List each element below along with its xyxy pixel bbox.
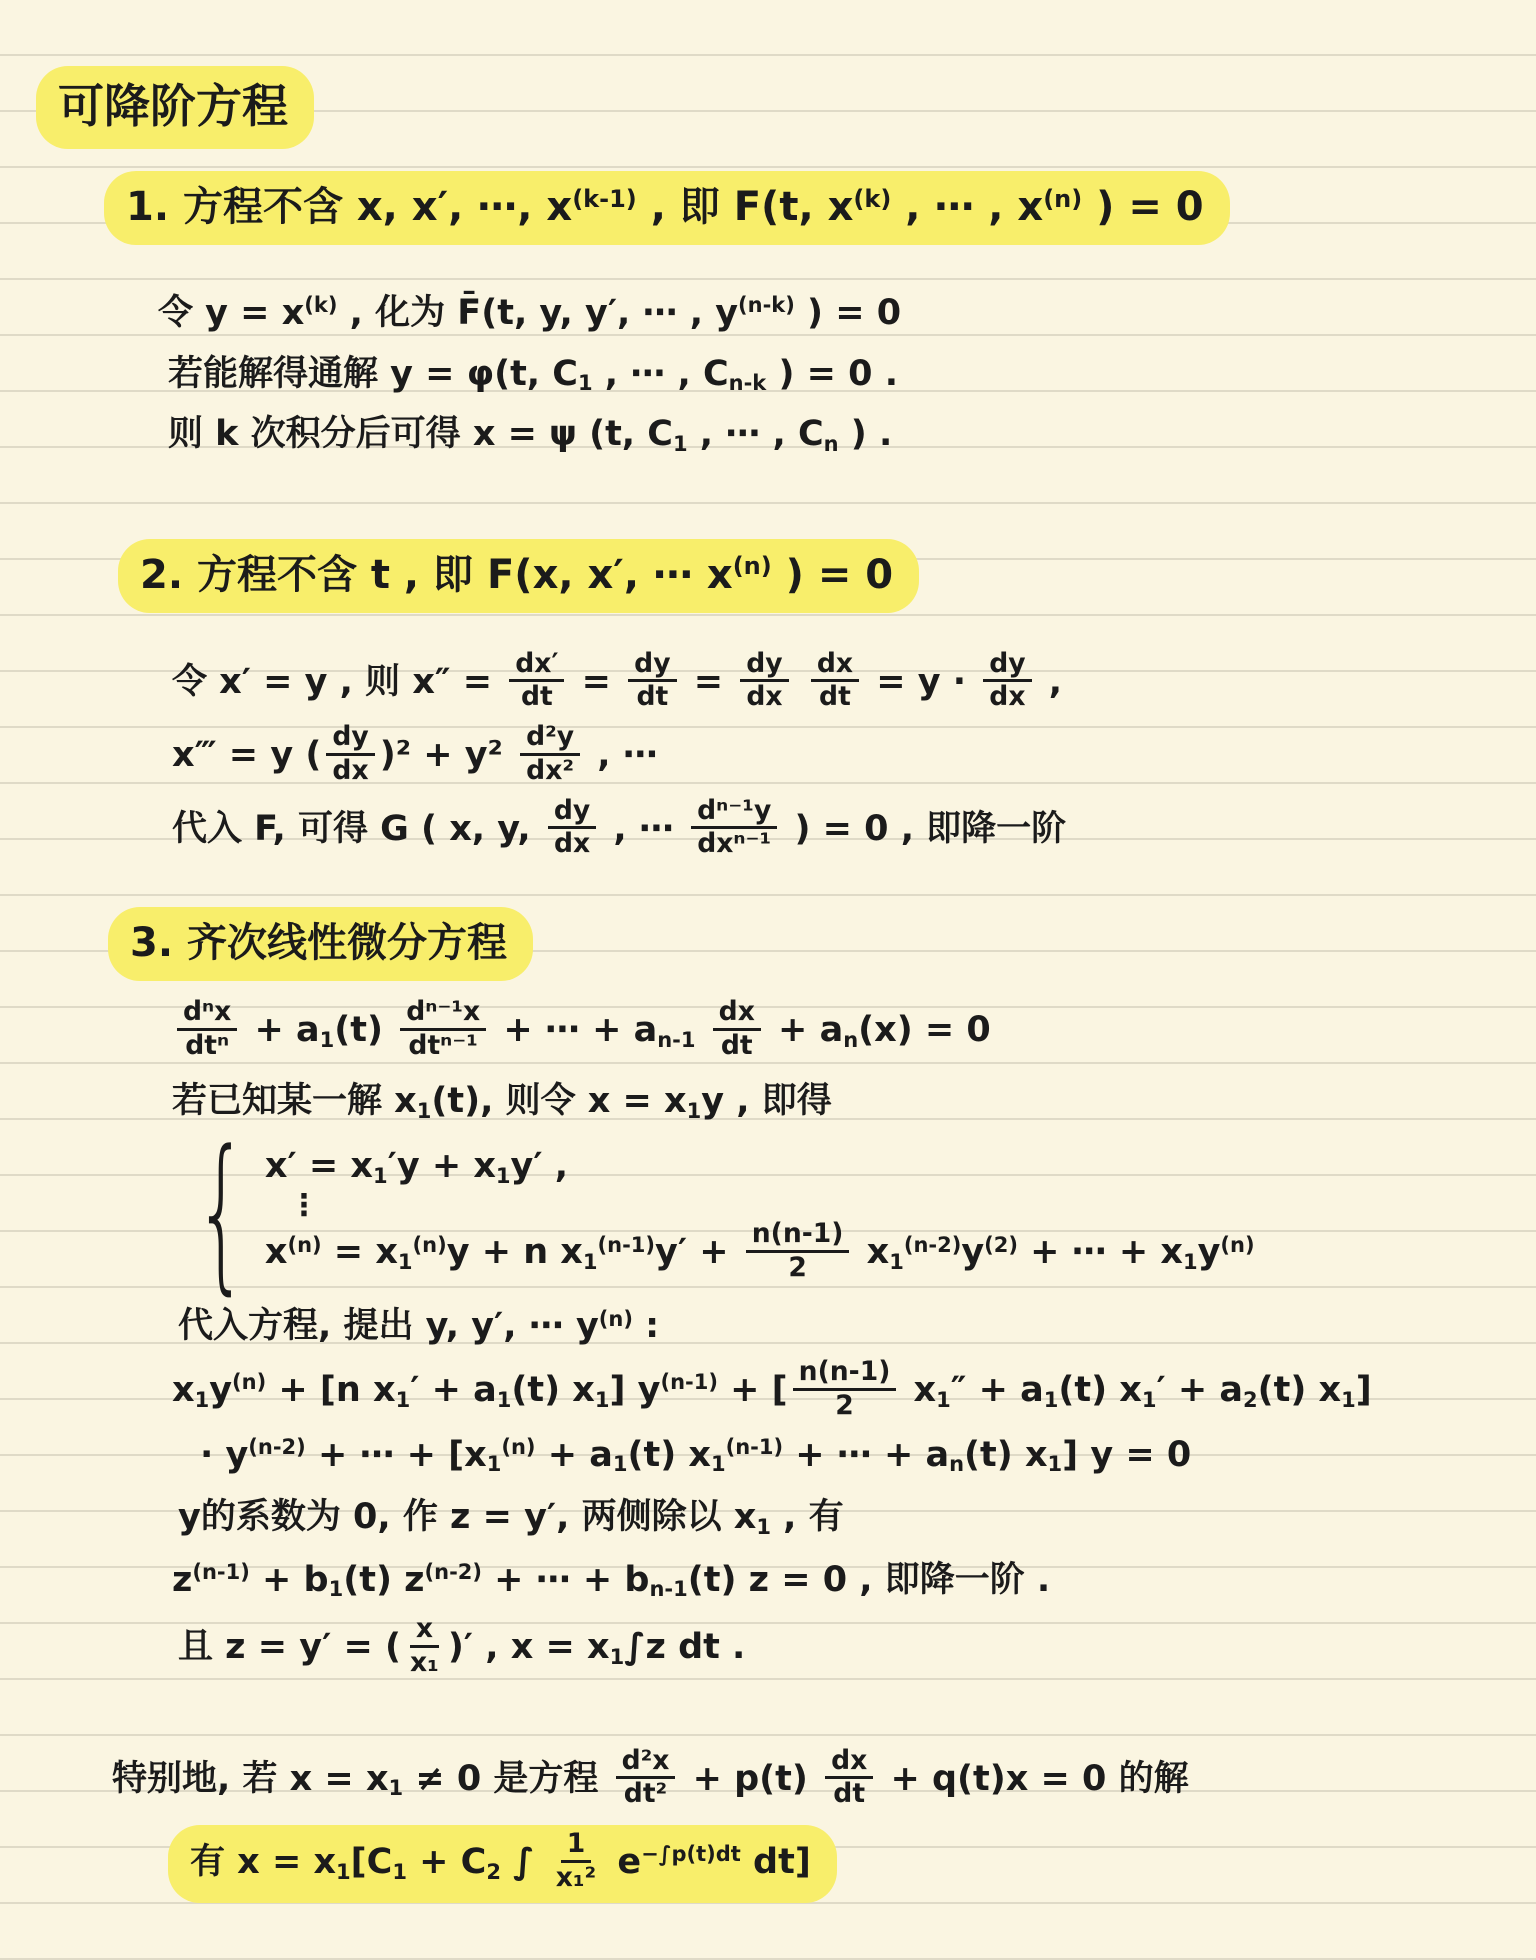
subscript: 1 bbox=[687, 1099, 702, 1123]
text-segment: z bbox=[172, 1560, 192, 1600]
fraction: xx₁ bbox=[406, 1614, 443, 1678]
text-segment: )² + y² bbox=[380, 735, 515, 775]
text-segment: ) = 0 bbox=[772, 552, 893, 598]
fraction-denominator: dt² bbox=[620, 1779, 671, 1809]
fraction-denominator: 2 bbox=[784, 1253, 811, 1283]
text-segment: ] y bbox=[609, 1370, 660, 1410]
text-segment: , ⋯ bbox=[601, 808, 686, 848]
text-segment: y bbox=[1198, 1232, 1221, 1272]
text-segment: = bbox=[682, 661, 736, 701]
text-segment: y bbox=[209, 1370, 232, 1410]
text-segment: (t) x bbox=[627, 1435, 710, 1475]
subscript: n-k bbox=[729, 371, 767, 395]
subscript: 1 bbox=[613, 1452, 628, 1476]
text-segment: y′ , bbox=[511, 1146, 569, 1186]
text-segment: 代入方程, 提出 y, y′, ⋯ y bbox=[178, 1306, 599, 1346]
fraction: dydx bbox=[740, 649, 788, 713]
superscript: (n-2) bbox=[425, 1560, 482, 1584]
text-segment: = x bbox=[322, 1232, 398, 1272]
subscript: 1 bbox=[398, 1250, 413, 1274]
fraction-numerator: x bbox=[410, 1614, 439, 1648]
text-segment: ) = 0 . bbox=[766, 354, 898, 394]
text-segment: , 化为 F̄(t, y, y′, ⋯ , y bbox=[337, 293, 738, 333]
notes-content: 可降阶方程1. 方程不含 x, x′, ⋯, x(k-1) , 即 F(t, x… bbox=[0, 66, 1512, 1903]
text-segment: + b bbox=[250, 1560, 329, 1600]
text-segment: ≠ 0 是方程 bbox=[403, 1758, 610, 1798]
subscript: 2 bbox=[486, 1860, 501, 1884]
text-segment: 令 y = x bbox=[158, 293, 304, 333]
superscript: (n) bbox=[232, 1370, 266, 1394]
fraction-denominator: dt bbox=[815, 682, 855, 712]
fraction-denominator: dt bbox=[517, 682, 557, 712]
system-row: x(n) = x1(n)y + n x1(n-1)y′ + n(n-1)2 x1… bbox=[265, 1221, 1255, 1285]
text-segment: + a bbox=[242, 1010, 319, 1050]
footer-final-formula: 有 x = x1[C1 + C2 ∫ 1x₁² e−∫p(t)dt dt] bbox=[168, 1825, 1512, 1903]
text-segment: y , 即得 bbox=[701, 1081, 831, 1121]
fraction-denominator: x₁² bbox=[552, 1863, 600, 1893]
fraction-numerator: n(n-1) bbox=[746, 1219, 850, 1253]
text-segment: + [n x bbox=[266, 1370, 395, 1410]
text-segment: 则 k 次积分后可得 x = ψ (t, C bbox=[168, 414, 673, 454]
subscript: 1 bbox=[756, 1515, 771, 1539]
text-segment: (t) z bbox=[343, 1560, 424, 1600]
superscript: (n-2) bbox=[904, 1233, 961, 1257]
text-segment bbox=[695, 1010, 707, 1050]
fraction: dxdt bbox=[825, 1746, 873, 1810]
text-segment: 2. 方程不含 t , 即 F(x, x′, ⋯ x bbox=[140, 552, 733, 598]
fraction-numerator: 1 bbox=[561, 1829, 592, 1863]
yellow-highlight: 3. 齐次线性微分方程 bbox=[108, 907, 533, 981]
fraction-numerator: dx bbox=[811, 649, 859, 683]
text-segment: (t) bbox=[334, 1010, 395, 1050]
text-segment: ) = 0 , 即降一阶 bbox=[782, 808, 1066, 848]
text-segment: ⋮ bbox=[289, 1188, 319, 1223]
fraction: n(n-1)2 bbox=[746, 1219, 850, 1283]
yellow-highlight: 2. 方程不含 t , 即 F(x, x′, ⋯ x(n) ) = 0 bbox=[118, 539, 919, 613]
fraction-numerator: dx′ bbox=[509, 649, 564, 683]
text-segment: 且 z = y′ = ( bbox=[178, 1627, 401, 1667]
fraction-denominator: dx² bbox=[522, 756, 578, 786]
text-segment: x bbox=[901, 1370, 936, 1410]
text-segment: + a bbox=[536, 1435, 613, 1475]
fraction: dⁿxdtⁿ bbox=[177, 997, 237, 1061]
sec3-line-coefficient: y的系数为 0, 作 z = y′, 两侧除以 x1 , 有 bbox=[178, 1491, 1512, 1544]
fraction-numerator: dy bbox=[326, 722, 374, 756]
sec1-line-integrate: 则 k 次积分后可得 x = ψ (t, C1 , ⋯ , Cn ) . bbox=[168, 408, 1512, 461]
text-segment: 3. 齐次线性微分方程 bbox=[130, 920, 507, 966]
superscript: (k-1) bbox=[572, 185, 637, 213]
text-segment: x bbox=[854, 1232, 889, 1272]
text-segment: 代入 F, 可得 G ( x, y, bbox=[172, 808, 543, 848]
text-segment: + q(t)x = 0 的解 bbox=[878, 1758, 1188, 1798]
text-segment: 可降阶方程 bbox=[58, 79, 288, 133]
subscript: 1 bbox=[373, 1164, 388, 1188]
fraction: d²ydx² bbox=[520, 722, 580, 786]
fraction-numerator: dⁿx bbox=[177, 997, 237, 1031]
text-segment: 特别地, 若 x = x bbox=[112, 1758, 389, 1798]
subscript: 1 bbox=[1044, 1388, 1059, 1412]
fraction: dⁿ⁻¹xdtⁿ⁻¹ bbox=[400, 997, 486, 1061]
text-segment: = y · bbox=[864, 661, 978, 701]
fraction: dydt bbox=[628, 649, 676, 713]
fraction-denominator: dx bbox=[985, 682, 1029, 712]
text-segment: + ⋯ + a bbox=[491, 1010, 657, 1050]
text-segment: x′ = x bbox=[265, 1146, 373, 1186]
subscript: 1 bbox=[1048, 1452, 1063, 1476]
yellow-highlight: 有 x = x1[C1 + C2 ∫ 1x₁² e−∫p(t)dt dt] bbox=[168, 1825, 837, 1903]
subscript: 1 bbox=[711, 1452, 726, 1476]
superscript: (n-k) bbox=[738, 293, 795, 317]
text-segment: y bbox=[961, 1232, 984, 1272]
text-segment: [C bbox=[351, 1842, 393, 1882]
subscript: 1 bbox=[496, 1164, 511, 1188]
subscript: n bbox=[949, 1452, 964, 1476]
fraction-numerator: n(n-1) bbox=[793, 1357, 897, 1391]
text-segment: + p(t) bbox=[680, 1758, 820, 1798]
text-segment: + ⋯ + x bbox=[1018, 1232, 1183, 1272]
fraction: 1x₁² bbox=[552, 1829, 600, 1893]
subscript: 1 bbox=[936, 1388, 951, 1412]
text-segment: y′ + bbox=[655, 1232, 741, 1272]
subscript: 1 bbox=[417, 1099, 432, 1123]
sec2-line-substitute: 令 x′ = y , 则 x″ = dx′dt = dydt = dydx dx… bbox=[172, 651, 1512, 715]
text-segment: ′y + x bbox=[388, 1146, 496, 1186]
text-segment: , 有 bbox=[771, 1497, 844, 1537]
text-segment: : bbox=[633, 1306, 659, 1346]
fraction-denominator: dtⁿ bbox=[181, 1031, 233, 1061]
fraction: dⁿ⁻¹ydxⁿ⁻¹ bbox=[691, 796, 777, 860]
superscript: (k) bbox=[304, 293, 337, 317]
superscript: (n-1) bbox=[660, 1370, 717, 1394]
fraction-numerator: dx bbox=[825, 1746, 873, 1780]
superscript: (n-1) bbox=[192, 1560, 249, 1584]
superscript: (n-1) bbox=[598, 1233, 655, 1257]
system-row: x′ = x1′y + x1y′ , bbox=[265, 1141, 1255, 1192]
text-segment: ″ + a bbox=[951, 1370, 1044, 1410]
text-segment: · y bbox=[200, 1435, 248, 1475]
subscript: 1 bbox=[583, 1250, 598, 1274]
sec2-line-third-derivative: x‴ = y (dydx)² + y² d²ydx² , ⋯ bbox=[172, 724, 1512, 788]
fraction-numerator: dy bbox=[983, 649, 1031, 683]
text-segment: ′ + a bbox=[1156, 1370, 1243, 1410]
text-segment: , ⋯ bbox=[585, 735, 658, 775]
text-segment: + ⋯ + [x bbox=[306, 1435, 487, 1475]
subscript: 1 bbox=[336, 1860, 351, 1884]
text-segment: + a bbox=[766, 1010, 843, 1050]
fraction-denominator: 2 bbox=[831, 1391, 858, 1421]
section-1-heading: 1. 方程不含 x, x′, ⋯, x(k-1) , 即 F(t, x(k) ,… bbox=[104, 171, 1512, 245]
sec3-system: {x′ = x1′y + x1y′ ,⋮x(n) = x1(n)y + n x1… bbox=[168, 1137, 1255, 1288]
fraction-denominator: dt bbox=[829, 1779, 869, 1809]
system-row: ⋮ bbox=[265, 1191, 1255, 1221]
text-segment: + ⋯ + b bbox=[482, 1560, 649, 1600]
page-title: 可降阶方程 bbox=[36, 66, 1512, 149]
subscript: 1 bbox=[195, 1388, 210, 1412]
fraction-numerator: dy bbox=[628, 649, 676, 683]
text-segment: (t) x bbox=[1058, 1370, 1141, 1410]
fraction-denominator: x₁ bbox=[406, 1648, 443, 1678]
fraction-numerator: dx bbox=[713, 997, 761, 1031]
subscript: 1 bbox=[320, 1028, 335, 1052]
subscript: n bbox=[843, 1028, 858, 1052]
fraction-denominator: dx bbox=[742, 682, 786, 712]
superscript: (k) bbox=[853, 185, 891, 213]
subscript: 1 bbox=[578, 371, 593, 395]
fraction: dxdt bbox=[713, 997, 761, 1061]
subscript: 1 bbox=[1142, 1388, 1157, 1412]
text-segment: 令 x′ = y , 则 x″ = bbox=[172, 661, 504, 701]
text-segment: 若能解得通解 y = φ(t, C bbox=[168, 354, 578, 394]
text-segment: (t), 则令 x = x bbox=[431, 1081, 686, 1121]
sec3-line-substitute-back: 代入方程, 提出 y, y′, ⋯ y(n) : bbox=[178, 1300, 1512, 1353]
system-brace: { bbox=[195, 1137, 248, 1288]
sec3-line-z-definition: 且 z = y′ = (xx₁)′ , x = x1∫z dt . bbox=[178, 1616, 1512, 1680]
superscript: (2) bbox=[984, 1233, 1018, 1257]
fraction-numerator: dⁿ⁻¹x bbox=[400, 997, 486, 1031]
text-segment: , bbox=[1037, 661, 1062, 701]
subscript: 1 bbox=[497, 1388, 512, 1412]
footer-special-case: 特别地, 若 x = x1 ≠ 0 是方程 d²xdt² + p(t) dxdt… bbox=[112, 1748, 1512, 1812]
text-segment: dt] bbox=[741, 1842, 811, 1882]
text-segment: (t) x bbox=[1258, 1370, 1341, 1410]
text-segment: (t) z = 0 , 即降一阶 . bbox=[688, 1560, 1050, 1600]
sec1-line-substitute: 令 y = x(k) , 化为 F̄(t, y, y′, ⋯ , y(n-k) … bbox=[158, 287, 1512, 340]
text-segment: ) = 0 bbox=[795, 293, 901, 333]
text-segment: ∫ bbox=[501, 1842, 547, 1882]
text-segment: y + n x bbox=[447, 1232, 583, 1272]
text-segment: + C bbox=[407, 1842, 486, 1882]
superscript: (n) bbox=[501, 1435, 535, 1459]
fraction-numerator: dⁿ⁻¹y bbox=[691, 796, 777, 830]
fraction-denominator: dx bbox=[550, 829, 594, 859]
text-segment: + ⋯ + a bbox=[783, 1435, 949, 1475]
fraction-denominator: dx bbox=[328, 756, 372, 786]
text-segment: , ⋯ , C bbox=[593, 354, 729, 394]
text-segment: y的系数为 0, 作 z = y′, 两侧除以 x bbox=[178, 1497, 756, 1537]
sec3-line-expanded-2: · y(n-2) + ⋯ + [x1(n) + a1(t) x1(n-1) + … bbox=[200, 1429, 1512, 1482]
sec3-line-equation: dⁿxdtⁿ + a1(t) dⁿ⁻¹xdtⁿ⁻¹ + ⋯ + an-1 dxd… bbox=[172, 999, 1512, 1063]
section-3-heading: 3. 齐次线性微分方程 bbox=[108, 907, 1512, 981]
subscript: 1 bbox=[673, 432, 688, 456]
fraction-numerator: dy bbox=[740, 649, 788, 683]
fraction-numerator: dy bbox=[548, 796, 596, 830]
fraction: dydx bbox=[548, 796, 596, 860]
superscript: (n) bbox=[1220, 1233, 1254, 1257]
subscript: 1 bbox=[1183, 1250, 1198, 1274]
text-segment: ) . bbox=[839, 414, 893, 454]
fraction: n(n-1)2 bbox=[793, 1357, 897, 1421]
fraction: dydx bbox=[326, 722, 374, 786]
subscript: 1 bbox=[396, 1388, 411, 1412]
subscript: 1 bbox=[487, 1452, 502, 1476]
superscript: (n-1) bbox=[726, 1435, 783, 1459]
subscript: n bbox=[824, 432, 839, 456]
text-segment: ) = 0 bbox=[1082, 184, 1203, 230]
text-segment: )′ , x = x bbox=[448, 1627, 610, 1667]
system-equations: x′ = x1′y + x1y′ ,⋮x(n) = x1(n)y + n x1(… bbox=[265, 1141, 1255, 1285]
superscript: (n-2) bbox=[248, 1435, 305, 1459]
fraction-denominator: dtⁿ⁻¹ bbox=[404, 1031, 482, 1061]
sec1-line-general-solution: 若能解得通解 y = φ(t, C1 , ⋯ , Cn-k ) = 0 . bbox=[168, 348, 1512, 401]
yellow-highlight: 1. 方程不含 x, x′, ⋯, x(k-1) , 即 F(t, x(k) ,… bbox=[104, 171, 1230, 245]
fraction-denominator: dt bbox=[632, 682, 672, 712]
superscript: (n) bbox=[413, 1233, 447, 1257]
text-segment: 有 x = x bbox=[190, 1842, 336, 1882]
superscript: −∫p(t)dt bbox=[641, 1842, 741, 1866]
subscript: 1 bbox=[329, 1577, 344, 1601]
text-segment: ′ + a bbox=[410, 1370, 497, 1410]
fraction-denominator: dxⁿ⁻¹ bbox=[693, 829, 775, 859]
text-segment: , ⋯ , C bbox=[688, 414, 824, 454]
subscript: 2 bbox=[1243, 1388, 1258, 1412]
text-segment: ∫z dt . bbox=[624, 1627, 745, 1667]
fraction-numerator: d²x bbox=[616, 1746, 676, 1780]
subscript: 1 bbox=[889, 1250, 904, 1274]
fraction-denominator: dt bbox=[717, 1031, 757, 1061]
sec3-line-expanded-1: x1y(n) + [n x1′ + a1(t) x1] y(n-1) + [n(… bbox=[172, 1359, 1512, 1423]
subscript: 1 bbox=[392, 1860, 407, 1884]
text-segment: (t) x bbox=[511, 1370, 594, 1410]
fraction: dxdt bbox=[811, 649, 859, 713]
text-segment: (x) = 0 bbox=[858, 1010, 991, 1050]
superscript: (n) bbox=[599, 1307, 633, 1331]
text-segment: x‴ = y ( bbox=[172, 735, 321, 775]
subscript: 1 bbox=[610, 1645, 625, 1669]
subscript: 1 bbox=[389, 1776, 404, 1800]
sec3-line-z-equation: z(n-1) + b1(t) z(n-2) + ⋯ + bn-1(t) z = … bbox=[172, 1554, 1512, 1607]
fraction-numerator: d²y bbox=[520, 722, 580, 756]
fraction: d²xdt² bbox=[616, 1746, 676, 1810]
text-segment: , ⋯ , x bbox=[891, 184, 1043, 230]
sec3-line-known-solution: 若已知某一解 x1(t), 则令 x = x1y , 即得 bbox=[172, 1075, 1512, 1128]
text-segment: ] bbox=[1356, 1370, 1372, 1410]
text-segment: = bbox=[569, 661, 623, 701]
yellow-highlight: 可降阶方程 bbox=[36, 66, 314, 149]
text-segment: (t) x bbox=[964, 1435, 1047, 1475]
superscript: (n) bbox=[733, 552, 772, 580]
subscript: 1 bbox=[1341, 1388, 1356, 1412]
section-2-heading: 2. 方程不含 t , 即 F(x, x′, ⋯ x(n) ) = 0 bbox=[118, 539, 1512, 613]
text-segment: , 即 F(t, x bbox=[637, 184, 854, 230]
text-segment: 1. 方程不含 x, x′, ⋯, x bbox=[126, 184, 572, 230]
subscript: n-1 bbox=[657, 1028, 695, 1052]
notebook-page: 可降阶方程1. 方程不含 x, x′, ⋯, x(k-1) , 即 F(t, x… bbox=[0, 0, 1536, 1960]
subscript: n-1 bbox=[649, 1577, 687, 1601]
text-segment: x bbox=[172, 1370, 195, 1410]
text-segment: e bbox=[605, 1842, 641, 1882]
subscript: 1 bbox=[595, 1388, 610, 1412]
text-segment: ] y = 0 bbox=[1062, 1435, 1191, 1475]
fraction: dx′dt bbox=[509, 649, 564, 713]
text-segment: x bbox=[265, 1232, 288, 1272]
text-segment: + [ bbox=[718, 1370, 788, 1410]
superscript: (n) bbox=[287, 1233, 321, 1257]
text-segment bbox=[794, 661, 806, 701]
sec2-line-reduced: 代入 F, 可得 G ( x, y, dydx , ⋯ dⁿ⁻¹ydxⁿ⁻¹ )… bbox=[172, 798, 1512, 862]
superscript: (n) bbox=[1043, 185, 1082, 213]
fraction: dydx bbox=[983, 649, 1031, 713]
